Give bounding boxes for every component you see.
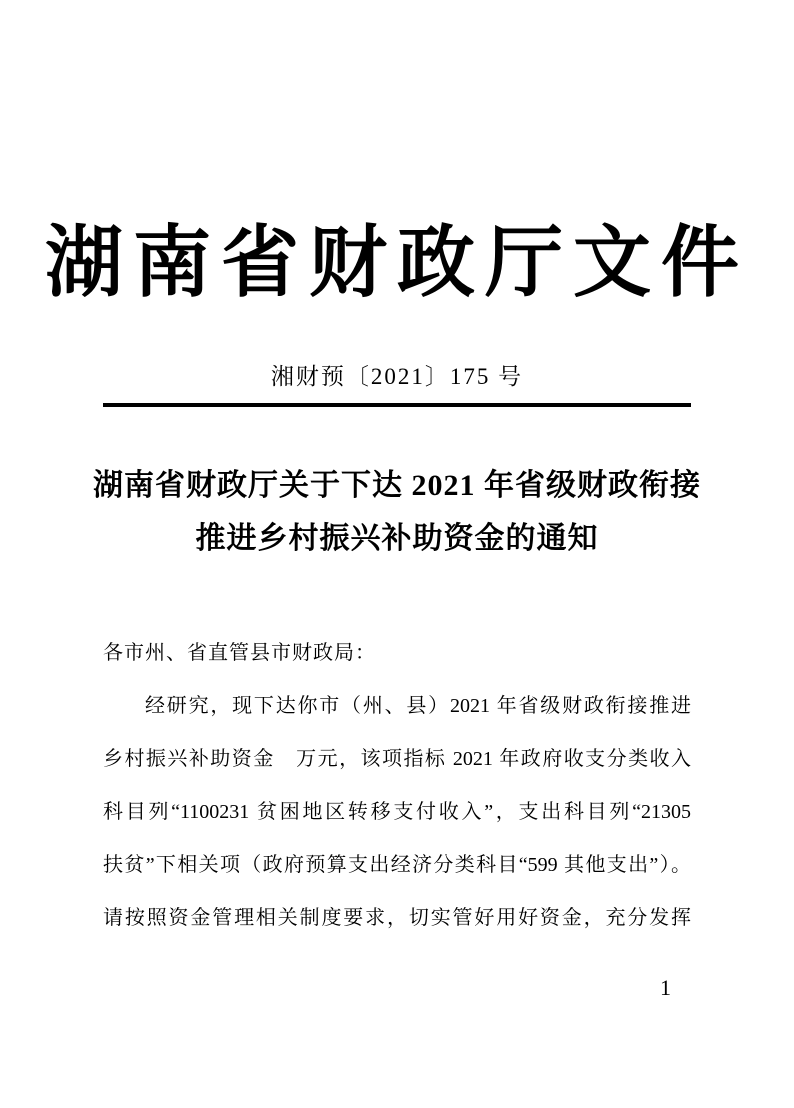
notice-title: 湖南省财政厅关于下达 2021 年省级财政衔接 推进乡村振兴补助资金的通知 — [0, 459, 794, 565]
notice-title-line-2: 推进乡村振兴补助资金的通知 — [0, 512, 794, 565]
document-page: 湖南省财政厅文件 湘财预〔2021〕175 号 湖南省财政厅关于下达 2021 … — [0, 0, 794, 1108]
header-rule — [103, 403, 691, 407]
body-line: 乡村振兴补助资金 万元，该项指标 2021 年政府收支分类收入 — [103, 733, 691, 786]
body-line: 请按照资金管理相关制度要求，切实管好用好资金，充分发挥 — [103, 892, 691, 945]
salutation: 各市州、省直管县市财政局： — [103, 627, 691, 680]
body-line: 经研究，现下达你市（州、县）2021 年省级财政衔接推进 — [103, 680, 691, 733]
notice-body: 各市州、省直管县市财政局： 经研究，现下达你市（州、县）2021 年省级财政衔接… — [103, 627, 691, 945]
notice-title-line-1: 湖南省财政厅关于下达 2021 年省级财政衔接 — [0, 459, 794, 512]
page-number: 1 — [660, 975, 671, 1001]
agency-title: 湖南省财政厅文件 — [0, 213, 794, 313]
body-line: 扶贫”下相关项（政府预算支出经济分类科目“599 其他支出”）。 — [103, 839, 691, 892]
body-line: 科目列“1100231 贫困地区转移支付收入”，支出科目列“21305 — [103, 786, 691, 839]
document-number: 湘财预〔2021〕175 号 — [0, 363, 794, 391]
